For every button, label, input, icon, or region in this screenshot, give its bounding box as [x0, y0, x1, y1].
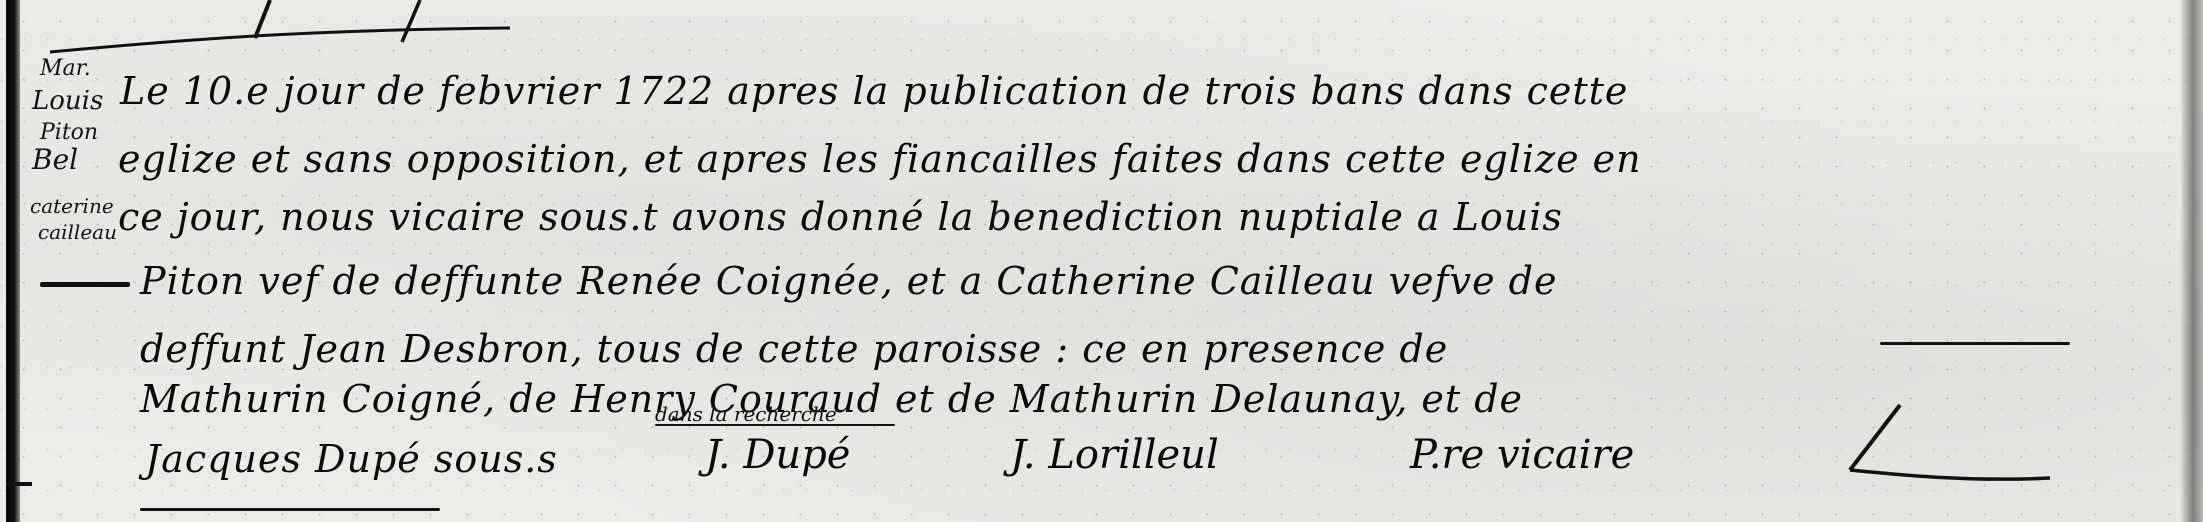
entry-line-3: ce jour, nous vicaire sous.t avons donné…	[118, 198, 1563, 236]
margin-note-mar: Mar.	[40, 58, 91, 80]
margin-note-caterine: caterine	[30, 196, 114, 216]
margin-rule-tick	[6, 482, 32, 486]
margin-note-louis: Louis	[32, 88, 103, 114]
closing-paraph	[1820, 400, 2080, 490]
margin-note-piton: Piton	[40, 122, 98, 144]
line-end-dash	[1880, 342, 2070, 345]
margin-note-cailleau: cailleau	[38, 222, 117, 242]
entry-line-7: Jacques Dupé sous.s	[145, 440, 558, 478]
interlinear-underline	[655, 424, 895, 426]
entry-line-2: eglize et sans opposition, et apres les …	[118, 140, 1642, 178]
margin-note-bel: Bel	[32, 146, 78, 174]
signature-lorilleul: J. Lorilleul	[1010, 432, 1219, 478]
register-page: Mar. Louis Piton Bel caterine cailleau L…	[0, 0, 2203, 522]
signature-underline	[140, 508, 440, 511]
entry-line-1: Le 10.e jour de febvrier 1722 apres la p…	[120, 72, 1628, 110]
signature-dupe: J. Dupé	[705, 432, 850, 478]
margin-dash	[40, 282, 130, 287]
left-margin-rule	[6, 0, 20, 522]
entry-line-4: Piton vef de deffunte Renée Coignée, et …	[140, 262, 1557, 300]
entry-line-5: deffunt Jean Desbron, tous de cette paro…	[140, 330, 1448, 368]
page-binding-edge	[2181, 0, 2203, 522]
interlinear-note: dans la recherche	[655, 402, 837, 426]
signature-vicaire: P.re vicaire	[1410, 432, 1634, 478]
